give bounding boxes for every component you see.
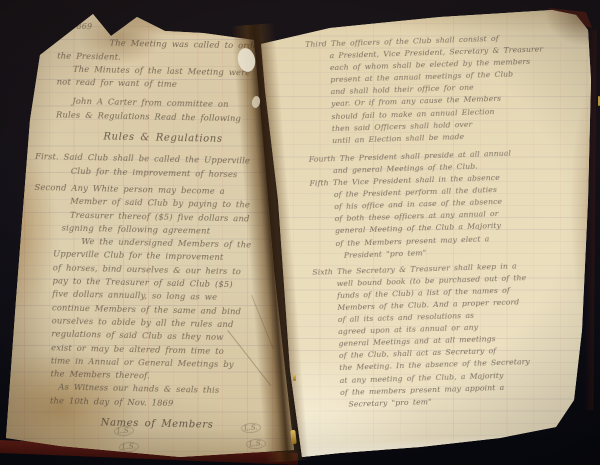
page-curl-highlight [295, 431, 563, 458]
right-page-text: Third The officers of the Club shall con… [303, 29, 600, 411]
seal-mark: L.S. [114, 425, 134, 436]
open-minute-book-photo: Smith 1869 The Meeting was called to ord… [0, 0, 600, 465]
brass-binding-pin [293, 374, 296, 381]
seal-mark: L.S. [119, 441, 139, 452]
